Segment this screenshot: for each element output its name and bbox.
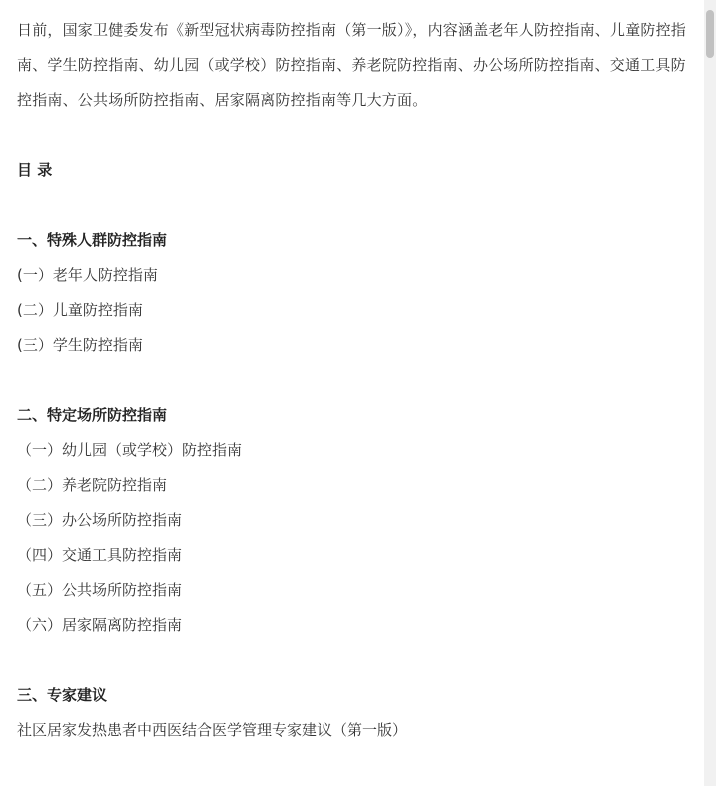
spacer — [17, 188, 697, 223]
section-heading-2: 二、特定场所防控指南 — [17, 398, 697, 433]
toc-item[interactable]: （一）幼儿园（或学校）防控指南 — [17, 433, 697, 468]
spacer — [17, 118, 697, 153]
section-heading-1: 一、特殊人群防控指南 — [17, 223, 697, 258]
scrollbar-thumb[interactable] — [706, 10, 714, 58]
toc-title: 目 录 — [17, 153, 697, 188]
toc-item[interactable]: (三）学生防控指南 — [17, 328, 697, 363]
toc-item[interactable]: (一）老年人防控指南 — [17, 258, 697, 293]
toc-item[interactable]: （六）居家隔离防控指南 — [17, 608, 697, 643]
toc-item[interactable]: 社区居家发热患者中西医结合医学管理专家建议（第一版） — [17, 713, 697, 748]
toc-item[interactable]: （三）办公场所防控指南 — [17, 503, 697, 538]
toc-item[interactable]: （四）交通工具防控指南 — [17, 538, 697, 573]
toc-item[interactable]: （五）公共场所防控指南 — [17, 573, 697, 608]
spacer — [17, 363, 697, 398]
article-body: 日前，国家卫健委发布《新型冠状病毒防控指南（第一版）》，内容涵盖老年人防控指南、… — [17, 13, 697, 748]
intro-paragraph: 日前，国家卫健委发布《新型冠状病毒防控指南（第一版）》，内容涵盖老年人防控指南、… — [17, 13, 689, 118]
toc-item[interactable]: (二）儿童防控指南 — [17, 293, 697, 328]
section-heading-3: 三、专家建议 — [17, 678, 697, 713]
vertical-scrollbar[interactable] — [704, 0, 716, 786]
toc-item[interactable]: （二）养老院防控指南 — [17, 468, 697, 503]
spacer — [17, 643, 697, 678]
